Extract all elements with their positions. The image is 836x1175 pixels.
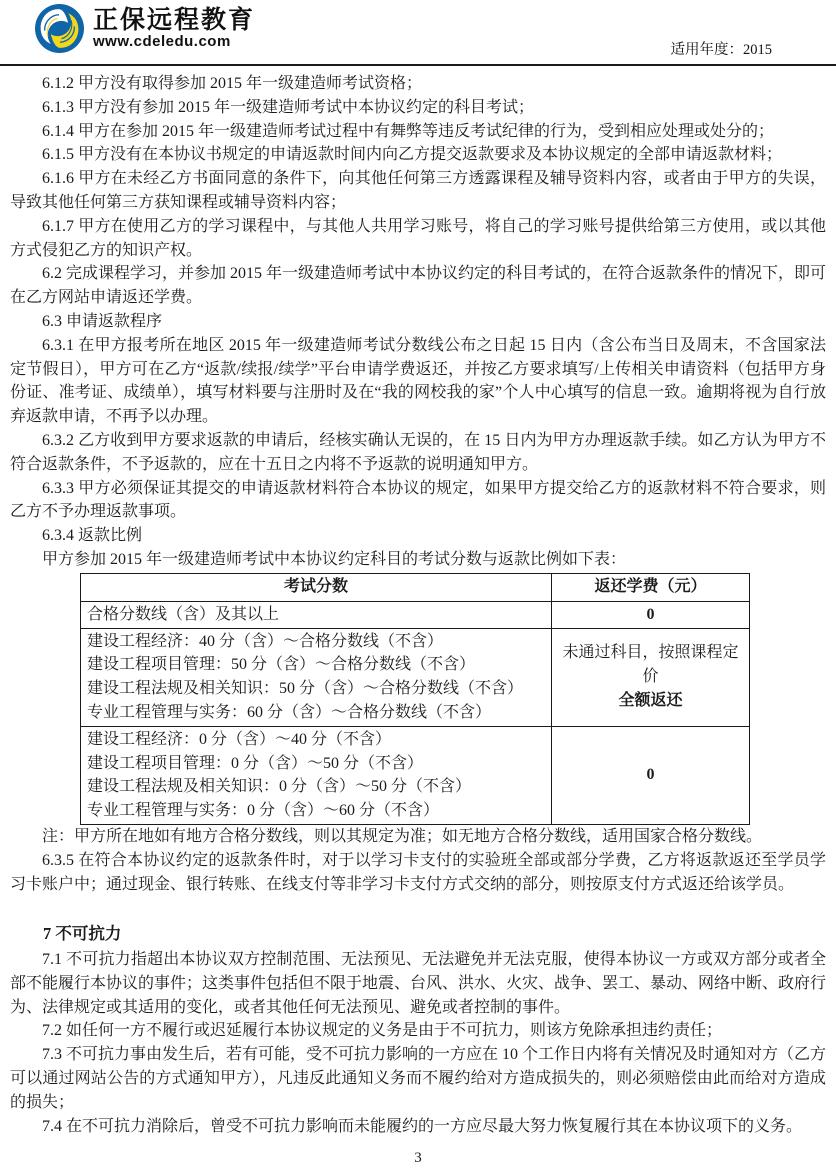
page-header: 正保远程教育 www.cdeledu.com 适用年度：2015 bbox=[0, 0, 836, 66]
score-line: 专业工程管理与实务：60 分（含）～合格分数线（不含） bbox=[87, 701, 545, 725]
clause-6-1-4: 6.1.4 甲方在参加 2015 年一级建造师考试过程中有舞弊等违反考试纪律的行… bbox=[10, 120, 826, 144]
clause-6-2: 6.2 完成课程学习，并参加 2015 年一级建造师考试中本协议约定的科目考试的… bbox=[10, 262, 826, 310]
score-line: 建设工程项目管理：0 分（含）～50 分（不含） bbox=[87, 752, 545, 776]
contract-page: 正保远程教育 www.cdeledu.com 适用年度：2015 6.1.2 甲… bbox=[0, 0, 836, 1175]
clause-6-1-2: 6.1.2 甲方没有取得参加 2015 年一级建造师考试资格； bbox=[10, 72, 826, 96]
clause-6-1-5: 6.1.5 甲方没有在本协议书规定的申请返款时间内向乙方提交返款要求及本协议规定… bbox=[10, 143, 826, 167]
swirl-globe-logo-icon bbox=[35, 4, 84, 53]
col-header-refund-fee: 返还学费（元） bbox=[552, 573, 750, 601]
clause-7-3: 7.3 不可抗力事由发生后，若有可能，受不可抗力影响的一方应在 10 个工作日内… bbox=[10, 1043, 826, 1114]
clause-6-1-6: 6.1.6 甲方在未经乙方书面同意的条件下，向其他任何第三方透露课程及辅导资料内… bbox=[10, 167, 826, 215]
clause-7-1: 7.1 不可抗力指超出本协议双方控制范围、无法预见、无法避免并无法克服，使得本协… bbox=[10, 948, 826, 1019]
score-line: 建设工程经济：0 分（含）～40 分（不含） bbox=[87, 728, 545, 752]
brand-url: www.cdeledu.com bbox=[93, 34, 255, 50]
clause-6-3-5: 6.3.5 在符合本协议约定的返款条件时，对于以学习卡支付的实验班全部或部分学费… bbox=[10, 849, 826, 897]
table-row-low-score: 建设工程经济：0 分（含）～40 分（不含） 建设工程项目管理：0 分（含）～5… bbox=[81, 726, 750, 824]
clause-6-3: 6.3 申请返款程序 bbox=[10, 310, 826, 334]
score-line: 建设工程项目管理：50 分（含）～合格分数线（不含） bbox=[87, 653, 545, 677]
clause-6-3-2: 6.3.2 乙方收到甲方要求返款的申请后，经核实确认无误的，在 15 日内为甲方… bbox=[10, 429, 826, 477]
score-line: 建设工程经济：40 分（含）～合格分数线（不含） bbox=[87, 630, 545, 654]
contract-body: 6.1.2 甲方没有取得参加 2015 年一级建造师考试资格； 6.1.3 甲方… bbox=[0, 66, 836, 1138]
cdel-logo: 正保远程教育 www.cdeledu.com bbox=[35, 4, 255, 53]
refund-line: 未通过科目，按照课程定价 bbox=[558, 641, 743, 689]
page-number: 3 bbox=[0, 1150, 836, 1167]
table-row-near-pass: 建设工程经济：40 分（含）～合格分数线（不含） 建设工程项目管理：50 分（含… bbox=[81, 628, 750, 726]
score-cell: 建设工程经济：0 分（含）～40 分（不含） 建设工程项目管理：0 分（含）～5… bbox=[81, 726, 552, 824]
brand-block: 正保远程教育 www.cdeledu.com bbox=[93, 7, 255, 50]
refund-table-header-row: 考试分数 返还学费（元） bbox=[81, 573, 750, 601]
refund-cell: 0 bbox=[552, 726, 750, 824]
clause-6-3-1: 6.3.1 在甲方报考所在地区 2015 年一级建造师考试分数线公布之日起 15… bbox=[10, 334, 826, 429]
clause-7-2: 7.2 如任何一方不履行或迟延履行本协议规定的义务是由于不可抗力，则该方免除承担… bbox=[10, 1019, 826, 1043]
section-7-heading: 7 不可抗力 bbox=[10, 922, 826, 946]
applicable-year-label: 适用年度：2015 bbox=[671, 38, 773, 59]
refund-table-intro: 甲方参加 2015 年一级建造师考试中本协议约定科目的考试分数与返款比例如下表： bbox=[10, 548, 826, 572]
clause-6-1-7: 6.1.7 甲方在使用乙方的学习课程中，与其他人共用学习账号，将自己的学习账号提… bbox=[10, 215, 826, 263]
table-row-pass: 合格分数线（含）及其以上 0 bbox=[81, 601, 750, 628]
score-line: 建设工程法规及相关知识：50 分（含）～合格分数线（不含） bbox=[87, 677, 545, 701]
clause-6-3-4: 6.3.4 返款比例 bbox=[10, 524, 826, 548]
brand-name: 正保远程教育 bbox=[93, 7, 255, 33]
score-cell: 建设工程经济：40 分（含）～合格分数线（不含） 建设工程项目管理：50 分（含… bbox=[81, 628, 552, 726]
clause-6-3-3: 6.3.3 甲方必须保证其提交的申请返款材料符合本协议的规定，如果甲方提交给乙方… bbox=[10, 477, 826, 525]
clause-6-1-3: 6.1.3 甲方没有参加 2015 年一级建造师考试中本协议约定的科目考试； bbox=[10, 96, 826, 120]
score-line: 专业工程管理与实务：0 分（含）～60 分（不含） bbox=[87, 799, 545, 823]
refund-cell: 未通过科目，按照课程定价 全额返还 bbox=[552, 628, 750, 726]
refund-cell: 0 bbox=[552, 601, 750, 628]
clause-7-4: 7.4 在不可抗力消除后，曾受不可抗力影响而未能履约的一方应尽最大努力恢复履行其… bbox=[10, 1115, 826, 1139]
col-header-exam-score: 考试分数 bbox=[81, 573, 552, 601]
score-line: 建设工程法规及相关知识：0 分（含）～50 分（不含） bbox=[87, 775, 545, 799]
refund-table: 考试分数 返还学费（元） 合格分数线（含）及其以上 0 建设工程经济：40 分（… bbox=[80, 573, 750, 825]
refund-line: 全额返还 bbox=[558, 689, 743, 713]
score-cell: 合格分数线（含）及其以上 bbox=[81, 601, 552, 628]
table-note: 注：甲方所在地如有地方合格分数线，则以其规定为准；如无地方合格分数线，适用国家合… bbox=[10, 825, 826, 849]
